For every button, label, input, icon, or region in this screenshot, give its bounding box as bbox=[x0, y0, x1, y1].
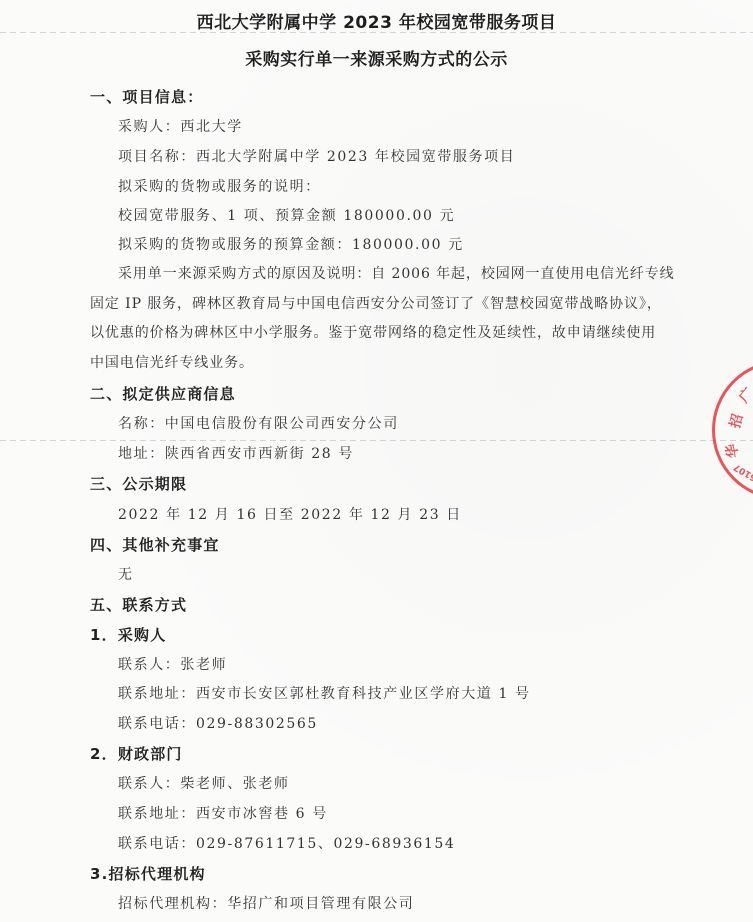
stamp-char: 广 bbox=[734, 383, 753, 407]
stamp-number: 6107 bbox=[732, 461, 753, 482]
finance-contact-heading: 2．财政部门 bbox=[90, 743, 183, 764]
document-title-line2: 采购实行单一来源采购方式的公示 bbox=[0, 45, 753, 70]
goods-desc-label: 拟采购的货物或服务的说明： bbox=[118, 176, 321, 196]
goods-desc-line: 校园宽带服务、1 项、预算金额 180000.00 元 bbox=[118, 205, 455, 225]
supplier-name-line: 名称：中国电信股份有限公司西安分公司 bbox=[118, 413, 399, 433]
supplementary-content: 无 bbox=[118, 564, 134, 584]
reason-line-2: 固定 IP 服务，碑林区教育局与中国电信西安分公司签订了《智慧校园宽带战略协议》… bbox=[90, 293, 662, 313]
section5-heading: 五、联系方式 bbox=[90, 594, 187, 615]
supplier-address-line: 地址：陕西省西安市西新街 28 号 bbox=[118, 443, 354, 463]
section1-heading: 一、项目信息： bbox=[90, 86, 203, 107]
section2-heading: 二、拟定供应商信息 bbox=[90, 383, 236, 404]
purchaser-line: 采购人：西北大学 bbox=[118, 116, 243, 136]
project-name-line: 项目名称：西北大学附属中学 2023 年校园宽带服务项目 bbox=[118, 146, 515, 166]
agency-name-line: 招标代理机构：华招广和项目管理有限公司 bbox=[118, 893, 414, 913]
stamp-char: 华 bbox=[721, 442, 743, 459]
scanned-document-page: 西北大学附属中学 2023 年校园宽带服务项目 采购实行单一来源采购方式的公示 … bbox=[0, 0, 753, 922]
document-title-line1: 西北大学附属中学 2023 年校园宽带服务项目 bbox=[0, 8, 753, 33]
section4-heading: 四、其他补充事宜 bbox=[90, 534, 220, 555]
publicity-period-line: 2022 年 12 月 16 日至 2022 年 12 月 23 日 bbox=[118, 504, 462, 524]
reason-line-4: 中国电信光纤专线业务。 bbox=[90, 352, 254, 372]
official-seal-stamp: 华 招 广 和 6107 bbox=[712, 360, 753, 500]
budget-line: 拟采购的货物或服务的预算金额：180000.00 元 bbox=[118, 234, 464, 254]
stamp-char: 招 bbox=[725, 412, 748, 431]
finance-contact-person: 联系人：柴老师、张老师 bbox=[118, 773, 290, 793]
section3-heading: 三、公示期限 bbox=[90, 473, 187, 494]
finance-contact-address: 联系地址：西安市冰窖巷 6 号 bbox=[118, 803, 328, 823]
purchaser-contact-person: 联系人：张老师 bbox=[118, 654, 227, 674]
purchaser-contact-address: 联系地址：西安市长安区郭杜教育科技产业区学府大道 1 号 bbox=[118, 683, 531, 703]
scan-artifact-line bbox=[0, 440, 753, 441]
reason-line-1: 采用单一来源采购方式的原因及说明：自 2006 年起，校园网一直使用电信光纤专线 bbox=[118, 263, 675, 283]
finance-contact-phone: 联系电话：029-87611715、029-68936154 bbox=[118, 833, 455, 853]
reason-line-3: 以优惠的价格为碑林区中小学服务。鉴于宽带网络的稳定性及延续性，故申请继续使用 bbox=[90, 322, 656, 342]
agency-heading: 3.招标代理机构 bbox=[90, 863, 206, 884]
purchaser-contact-phone: 联系电话：029-88302565 bbox=[118, 713, 318, 733]
purchaser-contact-heading: 1．采购人 bbox=[90, 624, 166, 645]
